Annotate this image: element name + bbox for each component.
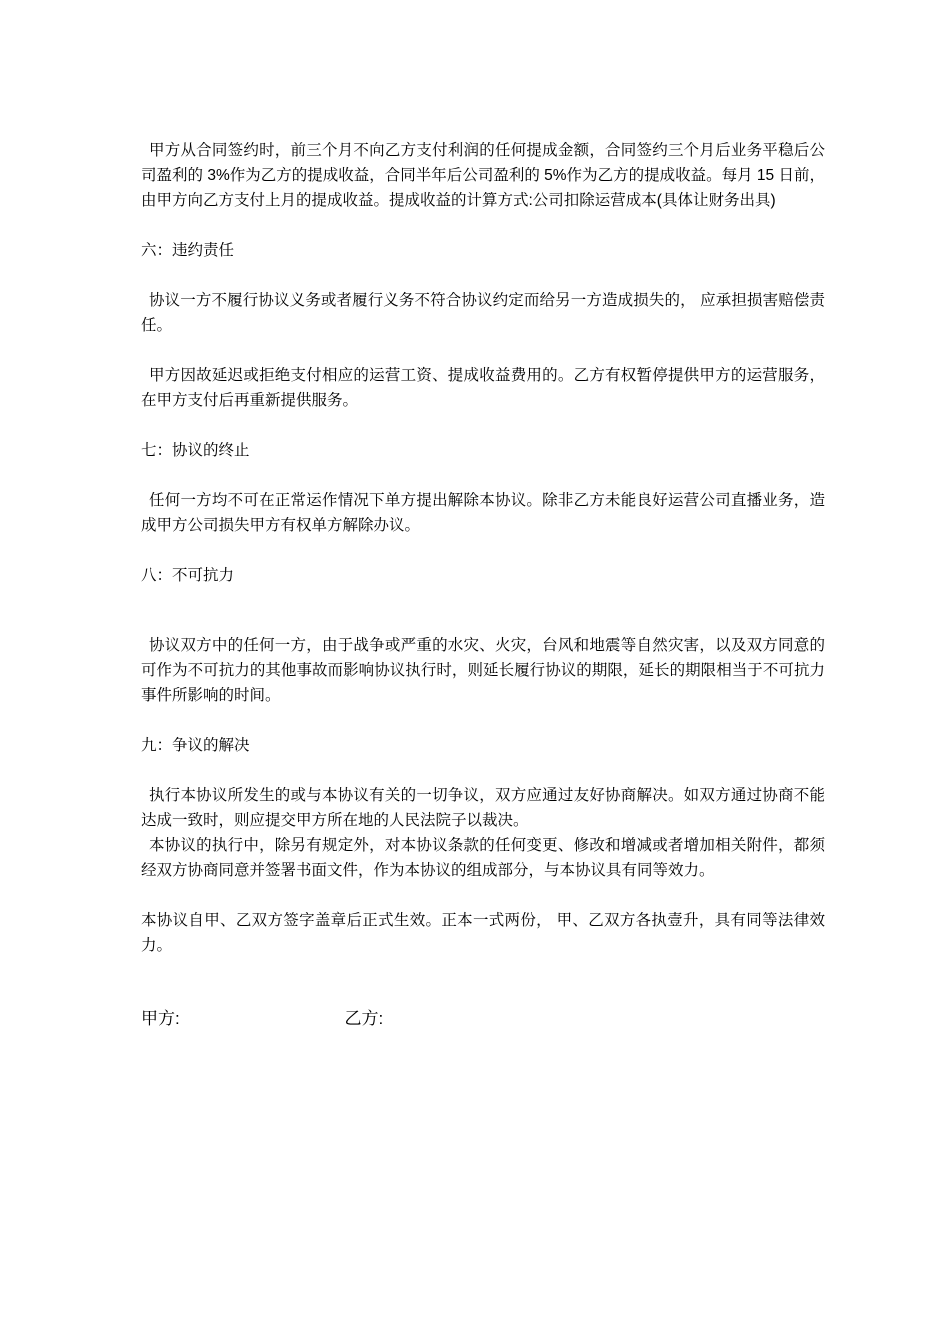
contract-document-page: 甲方从合同签约时，前三个月不向乙方支付利润的任何提成金额，合同签约三个月后业务平…	[0, 0, 950, 1344]
paragraph-delayed-payment-suspension: 甲方因故延迟或拒绝支付相应的运营工资、提成收益费用的。乙方有权暂停提供甲方的运营…	[141, 363, 825, 413]
heading-section-8-force-majeure: 八：不可抗力	[141, 563, 825, 588]
contract-body: 甲方从合同签约时，前三个月不向乙方支付利润的任何提成金额，合同签约三个月后业务平…	[141, 138, 825, 1032]
heading-section-6-breach-liability: 六：违约责任	[141, 238, 825, 263]
paragraph-effectiveness-clause: 本协议自甲、乙双方签字盖章后正式生效。正本一式两份， 甲、乙双方各执壹升，具有同…	[141, 908, 825, 958]
signature-line: 甲方: 乙方:	[141, 1006, 825, 1032]
paragraph-breach-compensation: 协议一方不履行协议义务或者履行义务不符合协议约定而给另一方造成损失的， 应承担损…	[141, 288, 825, 338]
party-b-signature-label: 乙方:	[344, 1009, 383, 1028]
heading-section-9-dispute-resolution: 九：争议的解决	[141, 733, 825, 758]
paragraph-termination-conditions: 任何一方均不可在正常运作情况下单方提出解除本协议。除非乙方未能良好运营公司直播业…	[141, 488, 825, 538]
heading-section-7-termination: 七：协议的终止	[141, 438, 825, 463]
paragraph-amendment-terms: 本协议的执行中，除另有规定外，对本协议条款的任何变更、修改和增减或者增加相关附件…	[141, 833, 825, 883]
paragraph-force-majeure-terms: 协议双方中的任何一方，由于战争或严重的水灾、火灾，台风和地震等自然灾害，以及双方…	[141, 633, 825, 708]
paragraph-dispute-negotiation: 执行本协议所发生的或与本协议有关的一切争议，双方应通过友好协商解决。如双方通过协…	[141, 783, 825, 833]
paragraph-commission-payment-terms: 甲方从合同签约时，前三个月不向乙方支付利润的任何提成金额，合同签约三个月后业务平…	[141, 138, 825, 213]
party-a-signature-label: 甲方:	[141, 1009, 180, 1028]
